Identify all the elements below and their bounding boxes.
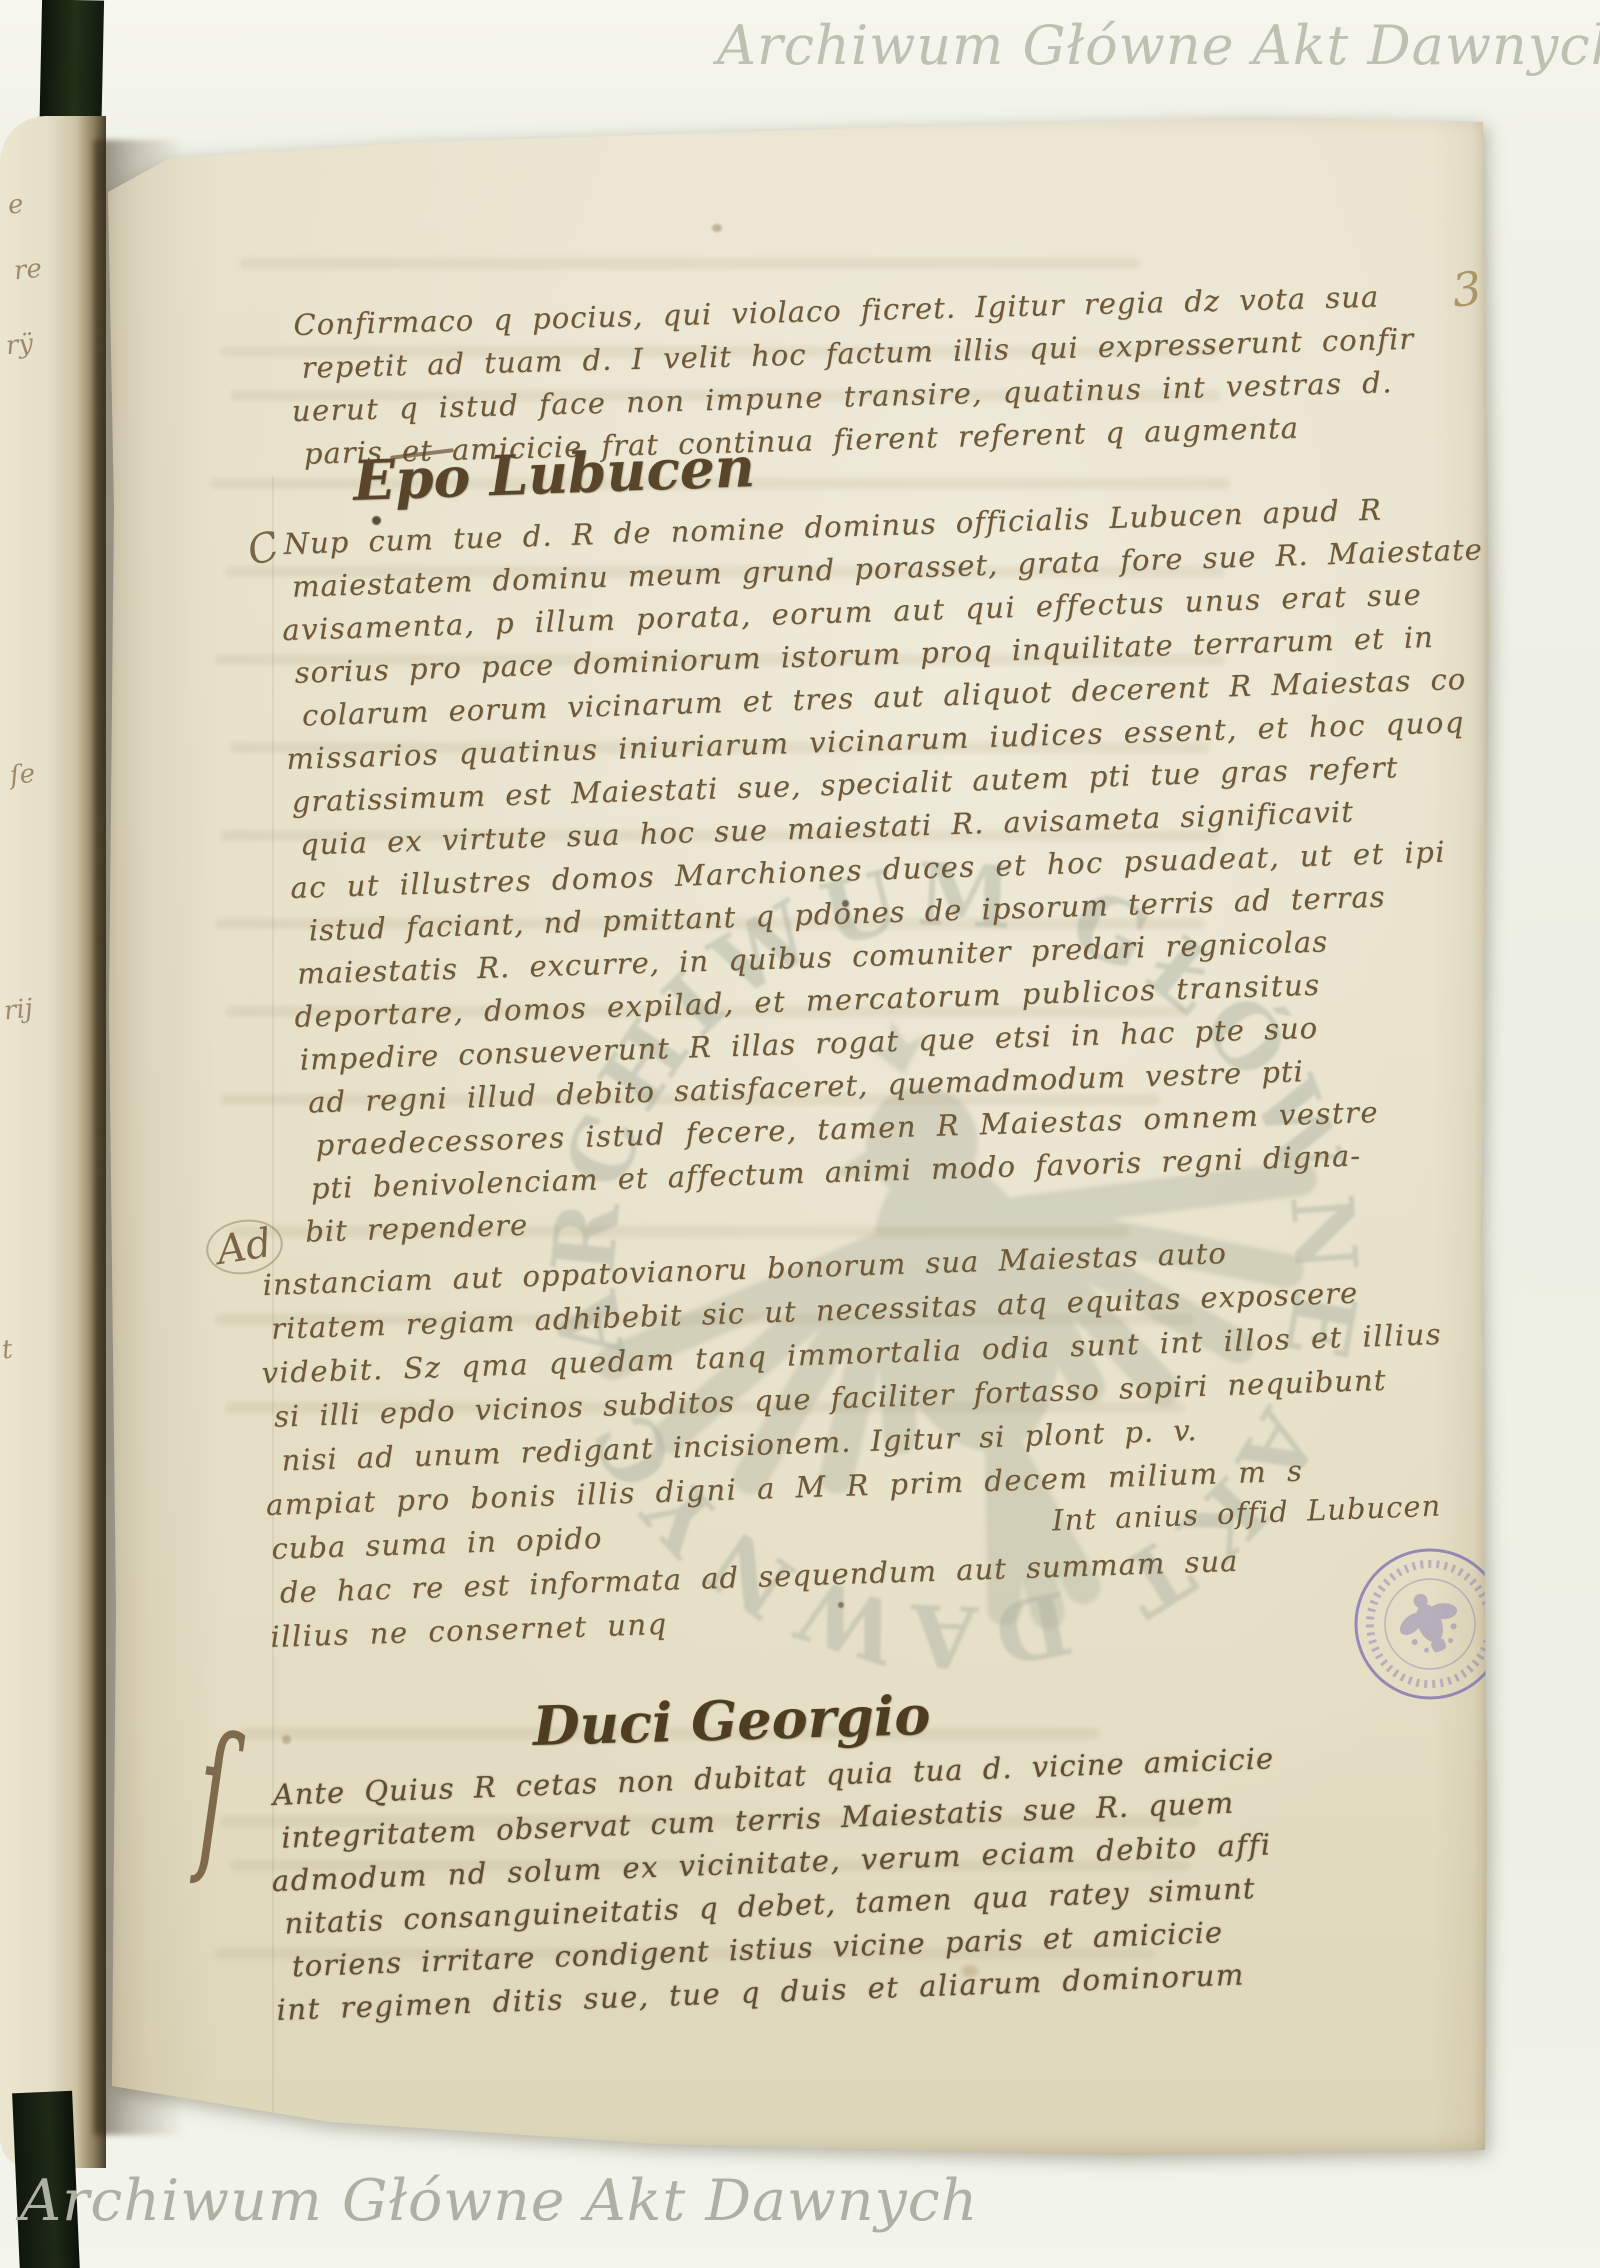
margin-mark-flourish: ſ	[195, 1700, 234, 1894]
paragraph-3: instanciam aut oppatovianoru bonorum sua…	[262, 1224, 1452, 1659]
ink-blot	[372, 516, 381, 525]
manuscript-page-wrap: ARCHIWUM GŁÓWNE AKT DAWNYCH 32 Confirmac…	[0, 0, 1600, 2268]
manuscript-page: ARCHIWUM GŁÓWNE AKT DAWNYCH 32 Confirmac…	[100, 108, 1492, 2160]
margin-mark-slash: /	[1492, 1963, 1514, 2014]
folio-number: 32	[1449, 256, 1522, 318]
stamp-eagle	[1388, 1582, 1472, 1663]
paragraph-2: Nup cum tue d. R de nomine dominus offic…	[283, 485, 1504, 1253]
scanned-manuscript-photo: { "archive": { "watermark_top": "Archiwu…	[0, 0, 1600, 2268]
bleed-through-line	[240, 258, 1140, 269]
archive-watermark-bottom: Archiwum Główne Akt Dawnych	[20, 2168, 978, 2234]
foxing-spot	[712, 224, 722, 232]
paragraph-4: Ante Quius R cetas non dubitat quia tua …	[272, 1737, 1283, 2032]
foxing-spot	[962, 1965, 978, 1977]
ink-blot	[842, 900, 849, 907]
section-heading-epo-lubucen: Epo Lubucen	[352, 434, 756, 513]
archive-watermark-top: Archiwum Główne Akt Dawnych	[717, 14, 1600, 77]
section-heading-duci-georgio: Duci Georgio	[532, 1683, 931, 1758]
archive-stamp	[1345, 1539, 1515, 1709]
foxing-spot	[282, 1735, 291, 1744]
ink-speck	[838, 1602, 844, 1608]
